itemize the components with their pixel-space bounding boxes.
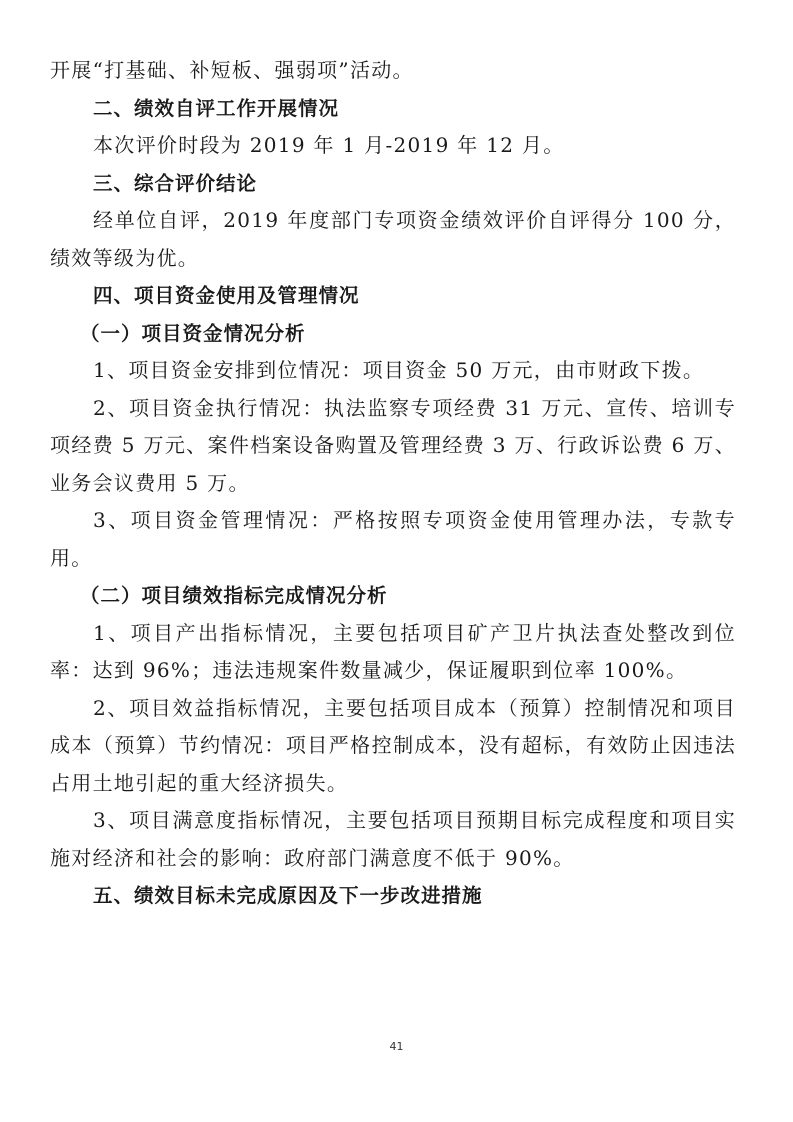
- paragraph-benefit-indicators: 2、项目效益指标情况，主要包括项目成本（预算）控制情况和项目成本（预算）节约情况…: [50, 690, 736, 803]
- section-heading-5: 五、绩效目标未完成原因及下一步改进措施: [50, 877, 736, 915]
- subsection-heading-4-2: （二）项目绩效指标完成情况分析: [50, 577, 736, 615]
- paragraph-fund-management: 3、项目资金管理情况：严格按照专项资金使用管理办法，专款专用。: [50, 502, 736, 577]
- paragraph-satisfaction-indicators: 3、项目满意度指标情况，主要包括项目预期目标完成程度和项目实施对经济和社会的影响…: [50, 802, 736, 877]
- paragraph-output-indicators: 1、项目产出指标情况，主要包括项目矿产卫片执法查处整改到位率：达到 96%；违法…: [50, 615, 736, 690]
- section-heading-2: 二、绩效自评工作开展情况: [50, 90, 736, 128]
- paragraph-fund-allocation: 1、项目资金安排到位情况：项目资金 50 万元，由市财政下拨。: [50, 352, 736, 390]
- paragraph-evaluation-conclusion: 经单位自评，2019 年度部门专项资金绩效评价自评得分 100 分，绩效等级为优…: [50, 202, 736, 277]
- paragraph-fund-execution: 2、项目资金执行情况：执法监察专项经费 31 万元、宣传、培训专项经费 5 万元…: [50, 390, 736, 503]
- paragraph-evaluation-period: 本次评价时段为 2019 年 1 月-2019 年 12 月。: [50, 127, 736, 165]
- section-heading-3: 三、综合评价结论: [50, 165, 736, 203]
- subsection-heading-4-1: （一）项目资金情况分析: [50, 315, 736, 353]
- page-number: 41: [0, 1040, 793, 1053]
- section-heading-4: 四、项目资金使用及管理情况: [50, 277, 736, 315]
- document-page-body: 开展“打基础、补短板、强弱项”活动。 二、绩效自评工作开展情况 本次评价时段为 …: [50, 52, 736, 915]
- paragraph-activity-continuation: 开展“打基础、补短板、强弱项”活动。: [50, 52, 736, 90]
